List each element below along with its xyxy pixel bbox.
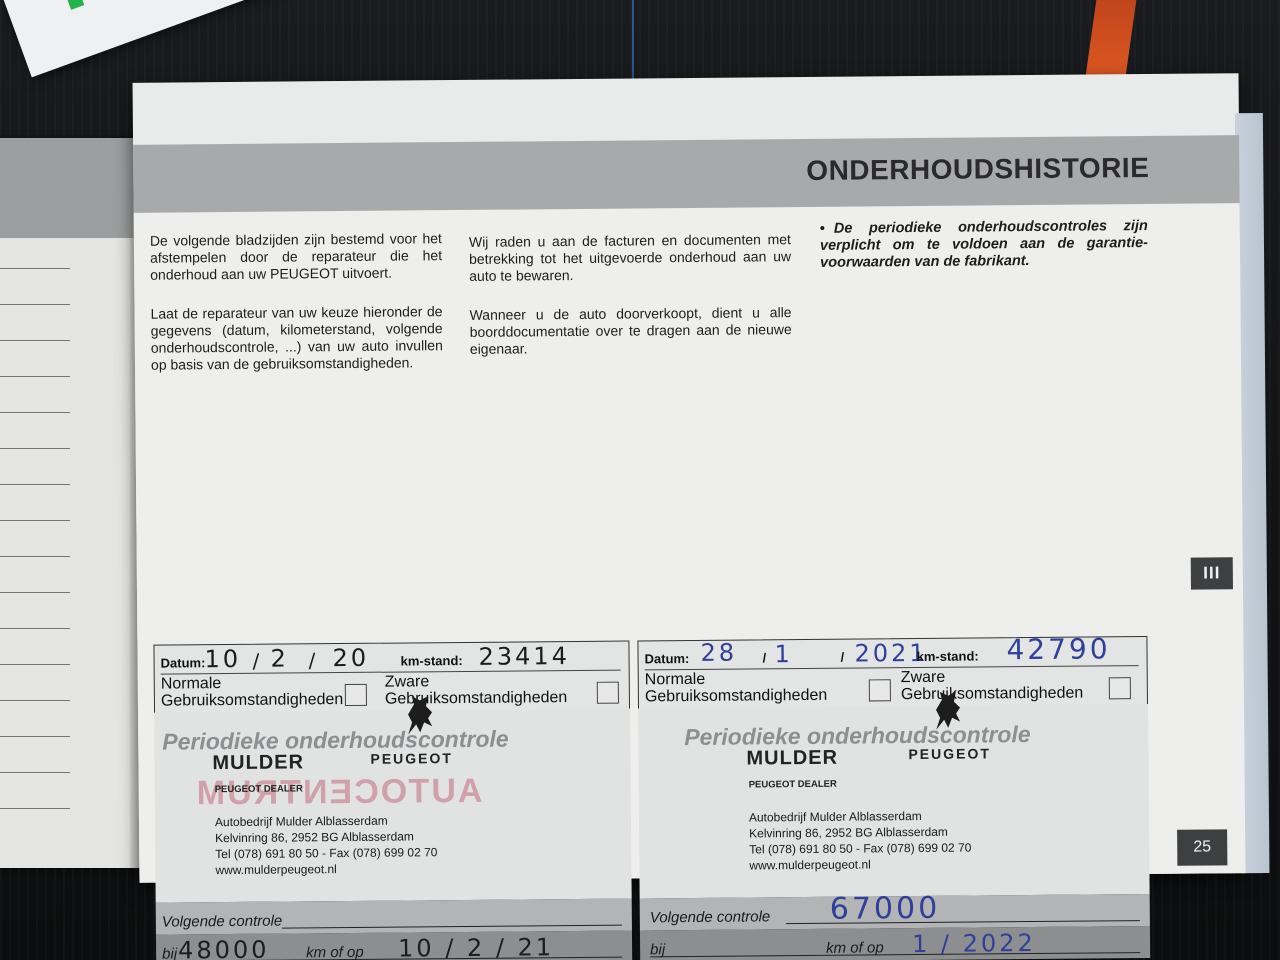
intro-column-3: •De periodieke onderhoudscontroles zijn …: [820, 218, 1148, 272]
date-row: Datum: 10 / 2 / 20 km-stand: 23414: [160, 646, 620, 675]
left-page: [0, 138, 140, 868]
ruled-line: [0, 520, 70, 521]
intro-column-1: De volgende bladzijden zijn bestemd voor…: [150, 230, 443, 396]
underline: [650, 952, 1140, 957]
ruled-line: [0, 484, 70, 485]
ruled-line: [0, 556, 70, 557]
ruled-line: [0, 808, 70, 809]
next-control-row: Volgende controle 67000: [640, 894, 1150, 930]
date-month: 2: [270, 644, 289, 672]
page-number: 25: [1177, 829, 1227, 865]
bij-label: bij: [162, 945, 177, 960]
green-marker: [61, 0, 84, 10]
datum-label: Datum:: [645, 651, 690, 666]
brand-name: PEUGEOT: [908, 745, 991, 762]
km-stand-value: 23414: [478, 642, 570, 671]
date-box: Datum: 28 / 1 / 2021 km-stand: 42790 Nor…: [637, 636, 1148, 710]
next-date-value: 10 / 2 / 21: [398, 933, 554, 960]
normale-conditions-label: NormaleGebruiksomstandigheden: [645, 670, 828, 706]
datum-label: Datum:: [161, 655, 206, 670]
dealer-label: PEUGEOT DEALER: [215, 783, 303, 795]
dealer-label: PEUGEOT DEALER: [749, 779, 837, 791]
underline: [282, 925, 622, 929]
dealer-name: MULDER: [212, 751, 304, 775]
next-control-row: Volgende controle: [156, 899, 632, 935]
ruled-line: [0, 412, 70, 413]
ruled-line: [0, 268, 70, 269]
ruled-line: [0, 700, 70, 701]
date-month: 1: [774, 640, 793, 668]
bullet-icon: •: [820, 221, 834, 238]
intro-paragraph: De volgende bladzijden zijn bestemd voor…: [150, 230, 442, 284]
ruled-line: [0, 736, 70, 737]
zware-conditions-label: ZwareGebruiksomstandigheden: [901, 668, 1084, 704]
ruled-line: [0, 376, 70, 377]
intro-paragraph: Wanneer u de auto doorverkoopt, dient u …: [469, 304, 791, 358]
ruled-line: [0, 448, 70, 449]
normale-checkbox[interactable]: [345, 684, 367, 706]
date-day: 10: [204, 645, 241, 673]
dealer-stamp-area: AUTOCENTRUM Periodieke onderhoudscontrol…: [154, 709, 632, 903]
ruled-line: [0, 592, 70, 593]
date-year: 20: [332, 644, 369, 672]
intro-paragraph: Laat de reparateur van uw keuze hieronde…: [150, 303, 443, 374]
volgende-label: Volgende controle: [162, 913, 283, 931]
date-day: 28: [700, 639, 737, 667]
next-km-value: 48000: [178, 936, 270, 960]
km-stand-label: km-stand:: [401, 653, 463, 669]
intro-paragraph: Wij raden u aan de facturen en documente…: [469, 231, 791, 285]
zware-checkbox[interactable]: [597, 682, 619, 704]
page-title: ONDERHOUDSHISTORIE: [806, 152, 1149, 187]
peugeot-lion-icon: [930, 688, 966, 732]
dealer-name: MULDER: [746, 747, 838, 771]
left-page-header-band: [0, 138, 140, 238]
ruled-line: [0, 628, 70, 629]
zware-checkbox[interactable]: [1109, 677, 1131, 699]
peugeot-lion-icon: [402, 692, 438, 736]
km-stand-label: km-stand:: [917, 648, 979, 664]
ruled-line: [0, 340, 70, 341]
maintenance-entry-2: Datum: 28 / 1 / 2021 km-stand: 42790 Nor…: [637, 636, 1150, 960]
booklet-page: ONDERHOUDSHISTORIE De volgende bladzijde…: [133, 73, 1246, 883]
km-stand-value: 42790: [1006, 632, 1110, 666]
next-km-date-row: bij 48000 km of op 10 / 2 / 21: [156, 931, 632, 960]
intro-column-2: Wij raden u aan de facturen en documente…: [469, 231, 792, 380]
ruled-line: [0, 664, 70, 665]
ruled-line: [0, 772, 70, 773]
content-area: De volgende bladzijden zijn bestemd voor…: [134, 203, 1246, 883]
maintenance-entry-1: Datum: 10 / 2 / 20 km-stand: 23414 Norma…: [153, 641, 632, 960]
brand-name: PEUGEOT: [370, 750, 453, 767]
next-km-date-row: bij km of op 1 / 2022: [640, 926, 1150, 960]
normale-conditions-label: NormaleGebruiksomstandigheden: [161, 674, 344, 710]
dealer-address: Autobedrijf Mulder Alblasserdam Kelvinri…: [749, 808, 972, 874]
dealer-address: Autobedrijf Mulder Alblasserdam Kelvinri…: [215, 812, 438, 878]
km-of-op-label: km of op: [306, 944, 364, 960]
dealer-stamp-area: Periodieke onderhoudscontrole MULDER PEU…: [638, 704, 1150, 898]
date-row: Datum: 28 / 1 / 2021 km-stand: 42790: [644, 641, 1138, 670]
date-box: Datum: 10 / 2 / 20 km-stand: 23414 Norma…: [153, 641, 630, 715]
stamp-area-title: Periodieke onderhoudscontrole: [162, 726, 509, 756]
section-tab: III: [1191, 557, 1233, 589]
normale-checkbox[interactable]: [869, 679, 891, 701]
volgende-label: Volgende controle: [650, 908, 771, 926]
ruled-line: [0, 304, 70, 305]
warranty-note: De periodieke onderhoudscontroles zijn v…: [820, 218, 1148, 271]
